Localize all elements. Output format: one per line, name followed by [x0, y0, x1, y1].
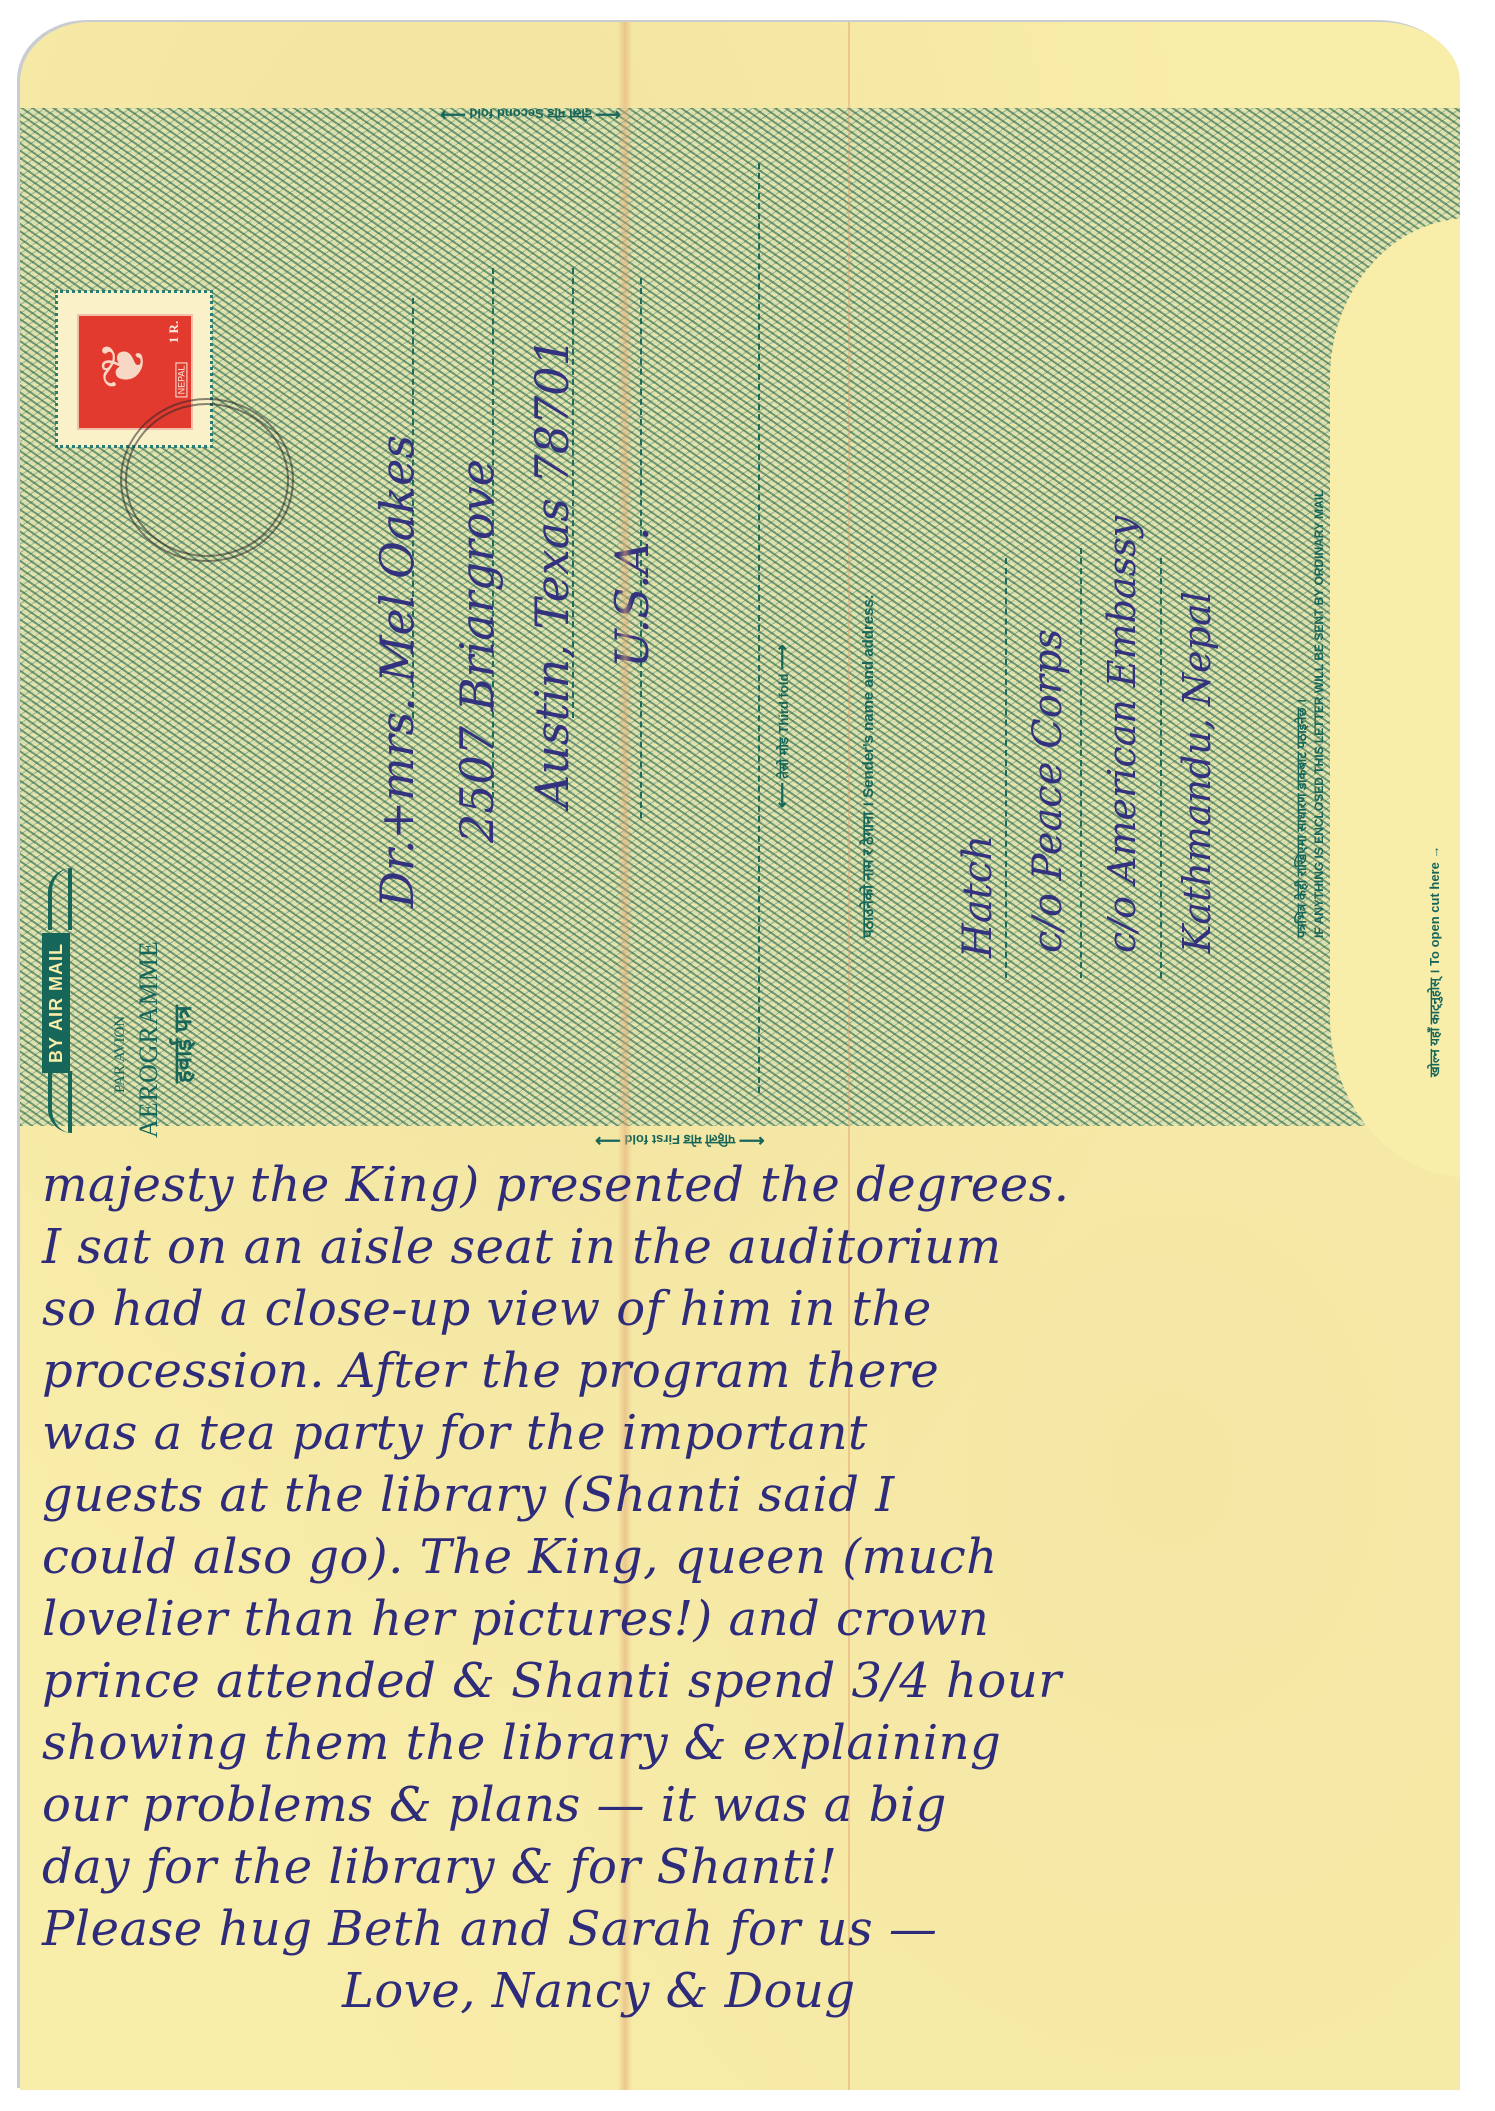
third-fold-guide — [758, 163, 760, 1093]
arrow-up-icon: ⟶ — [772, 644, 792, 670]
recipient-line-4: U.S.A. — [605, 526, 659, 668]
letter-line: guests at the library (Shanti said I — [42, 1464, 1460, 1526]
aerogramme-label: AEROGRAMME — [134, 940, 164, 1138]
recipient-line-1: Dr.+mrs. Mel Oakes — [370, 435, 424, 908]
sender-line-2: c/o Peace Corps — [1025, 629, 1071, 953]
postmark-cancellation — [120, 398, 294, 562]
letter-line: I sat on an aisle seat in the auditorium — [42, 1216, 1460, 1278]
letter-line: was a tea party for the important — [42, 1402, 1460, 1464]
letter-body: majesty the King) presented the degrees.… — [42, 1154, 1460, 2022]
second-fold-text: दोस्रो मोड Second fold — [469, 106, 591, 121]
guilloche-address-panel: ⟵ दोस्रो मोड Second fold ⟶ ❦ 1 R. NEPAL … — [20, 108, 1460, 1126]
letter-line: our problems & plans — it was a big — [42, 1774, 1460, 1836]
letter-line: day for the library & for Shanti! — [42, 1836, 1460, 1898]
by-air-mail-label: BY AIR MAIL — [42, 933, 70, 1073]
senders-label: पठाउनेको नाम र ठेगाना । Sender's name an… — [858, 594, 878, 938]
garuda-emblem-icon: ❦ — [89, 340, 159, 390]
airmail-logo: BY AIR MAIL — [42, 868, 70, 1133]
sender-line-3: c/o American Embassy — [1100, 516, 1144, 953]
arrow-down-icon: ⟵ — [772, 782, 792, 808]
sender-guide-line — [1005, 558, 1007, 978]
letter-line: Please hug Beth and Sarah for us — — [42, 1898, 1460, 1960]
letter-line: prince attended & Shanti spend 3/4 hour — [42, 1650, 1460, 1712]
arrow-right-icon: ⟶ — [440, 105, 466, 125]
stamp-value: 1 R. — [166, 321, 182, 343]
third-fold-label: ⟵ तेस्रो मोड Third fold ⟶ — [772, 644, 793, 808]
letter-line: majesty the King) presented the degrees. — [42, 1154, 1460, 1216]
warning-nepali: पत्रभित्र केही राखिएमा साधारण डाकबाट पठा… — [1292, 699, 1310, 938]
sender-line-4: Kathmandu, Nepal — [1175, 591, 1219, 953]
second-fold-label: ⟵ दोस्रो मोड Second fold ⟶ — [440, 104, 621, 125]
aerogramme-sheet: ⟵ दोस्रो मोड Second fold ⟶ ❦ 1 R. NEPAL … — [20, 22, 1460, 2090]
letter-signature: Love, Nancy & Doug — [42, 1960, 1460, 2022]
open-cut-here-label: खोल्न यहाँ काट्नुहोस् । To open cut here… — [1425, 846, 1443, 1077]
first-fold-text: पहिलो मोड First fold — [624, 1132, 735, 1147]
sender-guide-line — [1080, 548, 1082, 978]
arrow-right-icon: ⟶ — [595, 1131, 621, 1151]
recipient-line-3: Austin, Texas 78701 — [525, 337, 579, 808]
wing-right-icon — [48, 868, 72, 930]
par-avion-label: PAR AVION — [112, 1016, 129, 1093]
sender-guide-line — [1160, 558, 1162, 978]
letter-line: lovelier than her pictures!) and crown — [42, 1588, 1460, 1650]
letter-line: so had a close-up view of him in the — [42, 1278, 1460, 1340]
letter-line: procession. After the program there — [42, 1340, 1460, 1402]
arrow-left-icon: ⟵ — [739, 1131, 765, 1151]
third-fold-text: तेस्रो मोड Third fold — [776, 674, 791, 779]
letter-line: could also go). The King, queen (much — [42, 1526, 1460, 1588]
letter-line: showing them the library & explaining — [42, 1712, 1460, 1774]
warning-english: IF ANYTHING IS ENCLOSED THIS LETTER WILL… — [1312, 490, 1326, 938]
sender-line-1: Hatch — [955, 835, 1001, 958]
recipient-line-2: 2507 Briargrove — [450, 459, 504, 843]
stamp-country: NEPAL — [176, 363, 188, 398]
aerogramme-hindi-label: हवाई पत्र — [166, 1005, 199, 1083]
wing-left-icon — [48, 1071, 72, 1133]
